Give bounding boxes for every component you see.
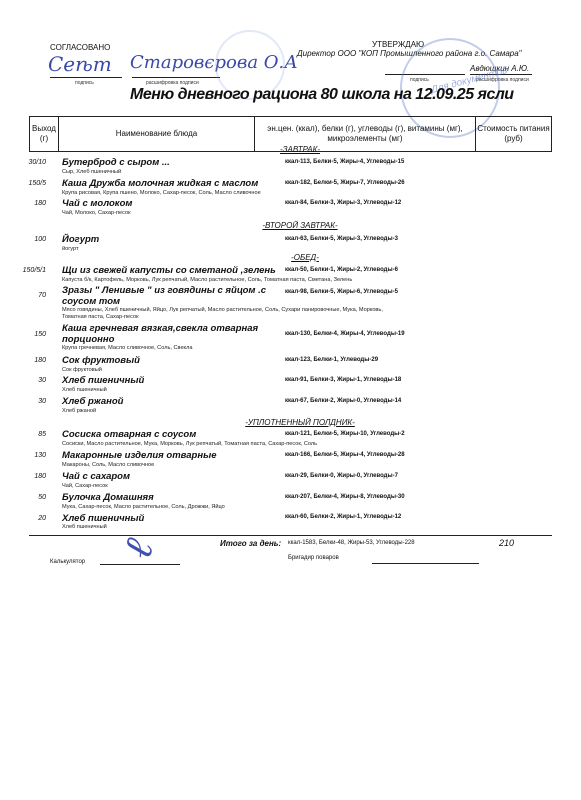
header-dish-name: Наименование блюда — [59, 117, 255, 151]
item-nutrition: ккал-98, Белки-5, Жиры-6, Углеводы-5 — [285, 289, 398, 295]
item-output: 180 — [0, 200, 46, 207]
item-output: 85 — [0, 431, 46, 438]
item-ingredients: Хлеб пшеничный — [62, 524, 402, 531]
item-output: 30 — [0, 377, 46, 384]
total-nutrition: ккал-1583, Белки-48, Жиры-53, Углеводы-2… — [288, 540, 415, 546]
item-nutrition: ккал-166, Белки-5, Жиры-4, Углеводы-28 — [285, 452, 405, 458]
calculator-signature: ℓ — [113, 533, 163, 565]
item-output: 70 — [0, 292, 46, 299]
left-transcript-line — [132, 77, 220, 78]
approved-label: СОГЛАСОВАНО — [50, 43, 110, 52]
item-name: Чай с сахаром — [62, 471, 282, 482]
item-output: 50 — [0, 494, 46, 501]
total-cost: 210 — [499, 538, 514, 548]
section-afternoon-snack: -УПЛОТНЕННЫЙ ПОЛДНИК- — [235, 418, 365, 427]
item-nutrition: ккал-67, Белки-2, Жиры-0, Углеводы-14 — [285, 398, 401, 404]
total-label: Итого за день: — [220, 539, 281, 548]
item-output: 150 — [0, 331, 46, 338]
section-lunch: -ОБЕД- — [280, 253, 330, 262]
item-nutrition: ккал-84, Белки-3, Жиры-3, Углеводы-12 — [285, 200, 401, 206]
item-ingredients: Сыр, Хлеб пшеничный — [62, 169, 402, 176]
item-output: 20 — [0, 515, 46, 522]
left-signature-caption: подпись — [75, 80, 94, 86]
item-name: Булочка Домашняя — [62, 492, 282, 503]
item-nutrition: ккал-182, Белки-5, Жиры-7, Углеводы-26 — [285, 180, 405, 186]
item-ingredients: Сосиски, Масло растительное, Мука, Морко… — [62, 441, 402, 448]
item-ingredients: Чай, Молоко, Сахар-песок — [62, 210, 402, 217]
item-output: 180 — [0, 357, 46, 364]
item-output: 100 — [0, 236, 46, 243]
item-nutrition: ккал-123, Белки-1, Углеводы-29 — [285, 357, 378, 363]
total-divider — [29, 535, 552, 536]
item-name: Хлеб пшеничный — [62, 513, 282, 524]
item-ingredients: Крупа рисовая, Крупа пшено, Молоко, Саха… — [62, 190, 402, 197]
item-ingredients: Мука, Сахар-песок, Масло растительное, С… — [62, 504, 402, 511]
item-ingredients: Сок фруктовый — [62, 367, 402, 374]
item-nutrition: ккал-91, Белки-3, Жиры-1, Углеводы-18 — [285, 377, 401, 383]
header-output: Выход (г) — [30, 117, 59, 151]
item-output: 150/5 — [0, 180, 46, 187]
item-output: 30 — [0, 398, 46, 405]
item-name: Сосиска отварная с соусом — [62, 429, 282, 440]
item-name: Макаронные изделия отварные — [62, 450, 282, 461]
chef-label: Бригадир поваров — [288, 555, 339, 561]
item-name: Сок фруктовый — [62, 355, 282, 366]
left-signature: Сеѣт — [48, 52, 112, 76]
item-nutrition: ккал-121, Белки-5, Жиры-10, Углеводы-2 — [285, 431, 405, 437]
left-signature-line — [50, 77, 122, 78]
item-ingredients: Макароны, Соль, Масло сливочное — [62, 462, 402, 469]
item-ingredients: Крупа гречневая, Масло сливочное, Соль, … — [62, 345, 402, 352]
item-nutrition: ккал-50, Белки-1, Жиры-2, Углеводы-6 — [285, 267, 398, 273]
section-second-breakfast: -ВТОРОЙ ЗАВТРАК- — [250, 221, 350, 230]
calculator-signature-line — [100, 564, 180, 565]
item-output: 180 — [0, 473, 46, 480]
item-name: Каша Дружба молочная жидкая с маслом — [62, 178, 292, 189]
section-breakfast: -ЗАВТРАК- — [260, 145, 340, 154]
item-ingredients: Чай, Сахар-песок — [62, 483, 402, 490]
page-title: Меню дневного рациона 80 школа на 12.09.… — [130, 86, 514, 104]
chef-signature-line — [372, 563, 479, 564]
item-name: Чай с молоком — [62, 198, 282, 209]
item-name: Хлеб ржаной — [62, 396, 282, 407]
item-ingredients: йогурт — [62, 246, 402, 253]
item-output: 150/5/1 — [0, 267, 46, 274]
item-nutrition: ккал-113, Белки-5, Жиры-4, Углеводы-15 — [285, 159, 404, 165]
item-name: Каша гречневая вязкая,свекла отварная по… — [62, 323, 282, 345]
item-nutrition: ккал-29, Белки-0, Жиры-0, Углеводы-7 — [285, 473, 398, 479]
item-name: Щи из свежей капусты со сметаной ,зелень — [62, 265, 292, 276]
item-nutrition: ккал-63, Белки-5, Жиры-3, Углеводы-3 — [285, 236, 398, 242]
item-ingredients: Мясо говядины, Хлеб пшеничный, Яйцо, Лук… — [62, 307, 402, 321]
approve-label: УТВЕРЖДАЮ — [372, 40, 424, 49]
item-name: Йогурт — [62, 234, 282, 245]
item-ingredients: Хлеб ржаной — [62, 408, 402, 415]
item-name: Бутерброд с сыром ... — [62, 157, 282, 168]
item-name: Хлеб пшеничный — [62, 375, 282, 386]
calculator-label: Калькулятор — [50, 559, 85, 565]
item-output: 30/10 — [0, 159, 46, 166]
item-nutrition: ккал-207, Белки-4, Жиры-8, Углеводы-30 — [285, 494, 405, 500]
item-nutrition: ккал-130, Белки-4, Жиры-4, Углеводы-19 — [285, 331, 405, 337]
item-nutrition: ккал-60, Белки-2, Жиры-1, Углеводы-12 — [285, 514, 401, 520]
item-name: Зразы " Ленивые " из говядины с яйцом .с… — [62, 285, 282, 307]
item-ingredients: Хлеб пшеничный — [62, 387, 402, 394]
item-ingredients: Капуста б/к, Картофель, Морковь, Лук реп… — [62, 277, 402, 284]
item-output: 130 — [0, 452, 46, 459]
header-cost: Стоимость питания (руб) — [476, 117, 551, 151]
